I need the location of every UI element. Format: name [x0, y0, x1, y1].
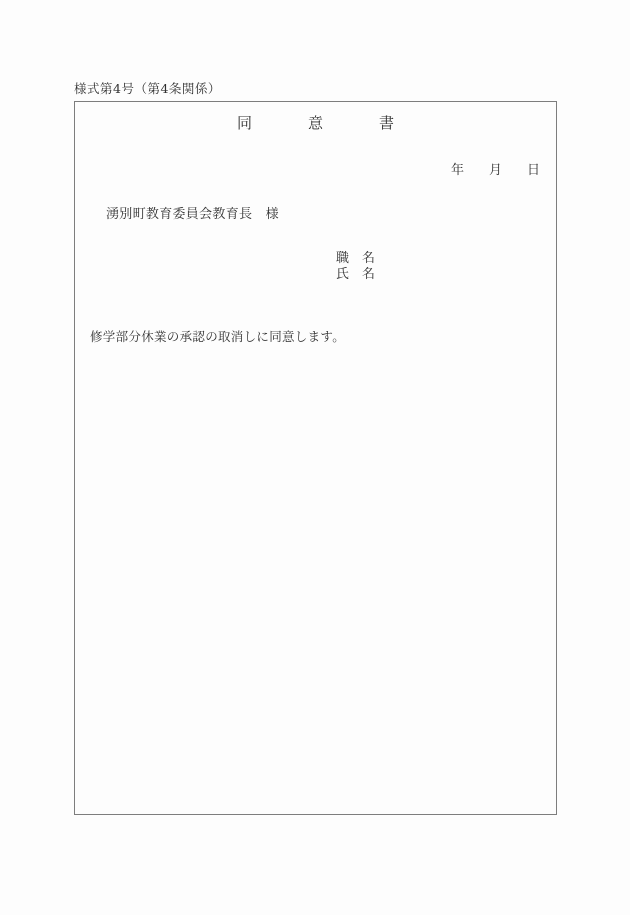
day-label: 日	[527, 159, 540, 178]
title-char-3: 書	[379, 112, 394, 133]
form-border-box: 同 意 書 年 月 日 湧別町教育委員会教育長 様 職 名 氏 名 修学部分休業…	[74, 101, 557, 815]
signature-block: 職 名 氏 名	[336, 251, 375, 283]
form-number-label: 様式第4号（第4条関係）	[74, 79, 221, 97]
consent-statement: 修学部分休業の承認の取消しに同意します。	[90, 327, 345, 345]
name-label: 氏 名	[336, 267, 375, 283]
title-char-1: 同	[237, 112, 252, 133]
title-char-2: 意	[308, 112, 323, 133]
document-page: 様式第4号（第4条関係） 同 意 書 年 月 日 湧別町教育委員会教育長 様 職…	[0, 0, 630, 915]
month-label: 月	[489, 159, 502, 178]
document-title: 同 意 書	[75, 112, 556, 133]
position-label: 職 名	[336, 251, 375, 267]
year-label: 年	[451, 159, 464, 178]
addressee-line: 湧別町教育委員会教育長 様	[106, 203, 279, 222]
date-line: 年 月 日	[451, 159, 540, 178]
